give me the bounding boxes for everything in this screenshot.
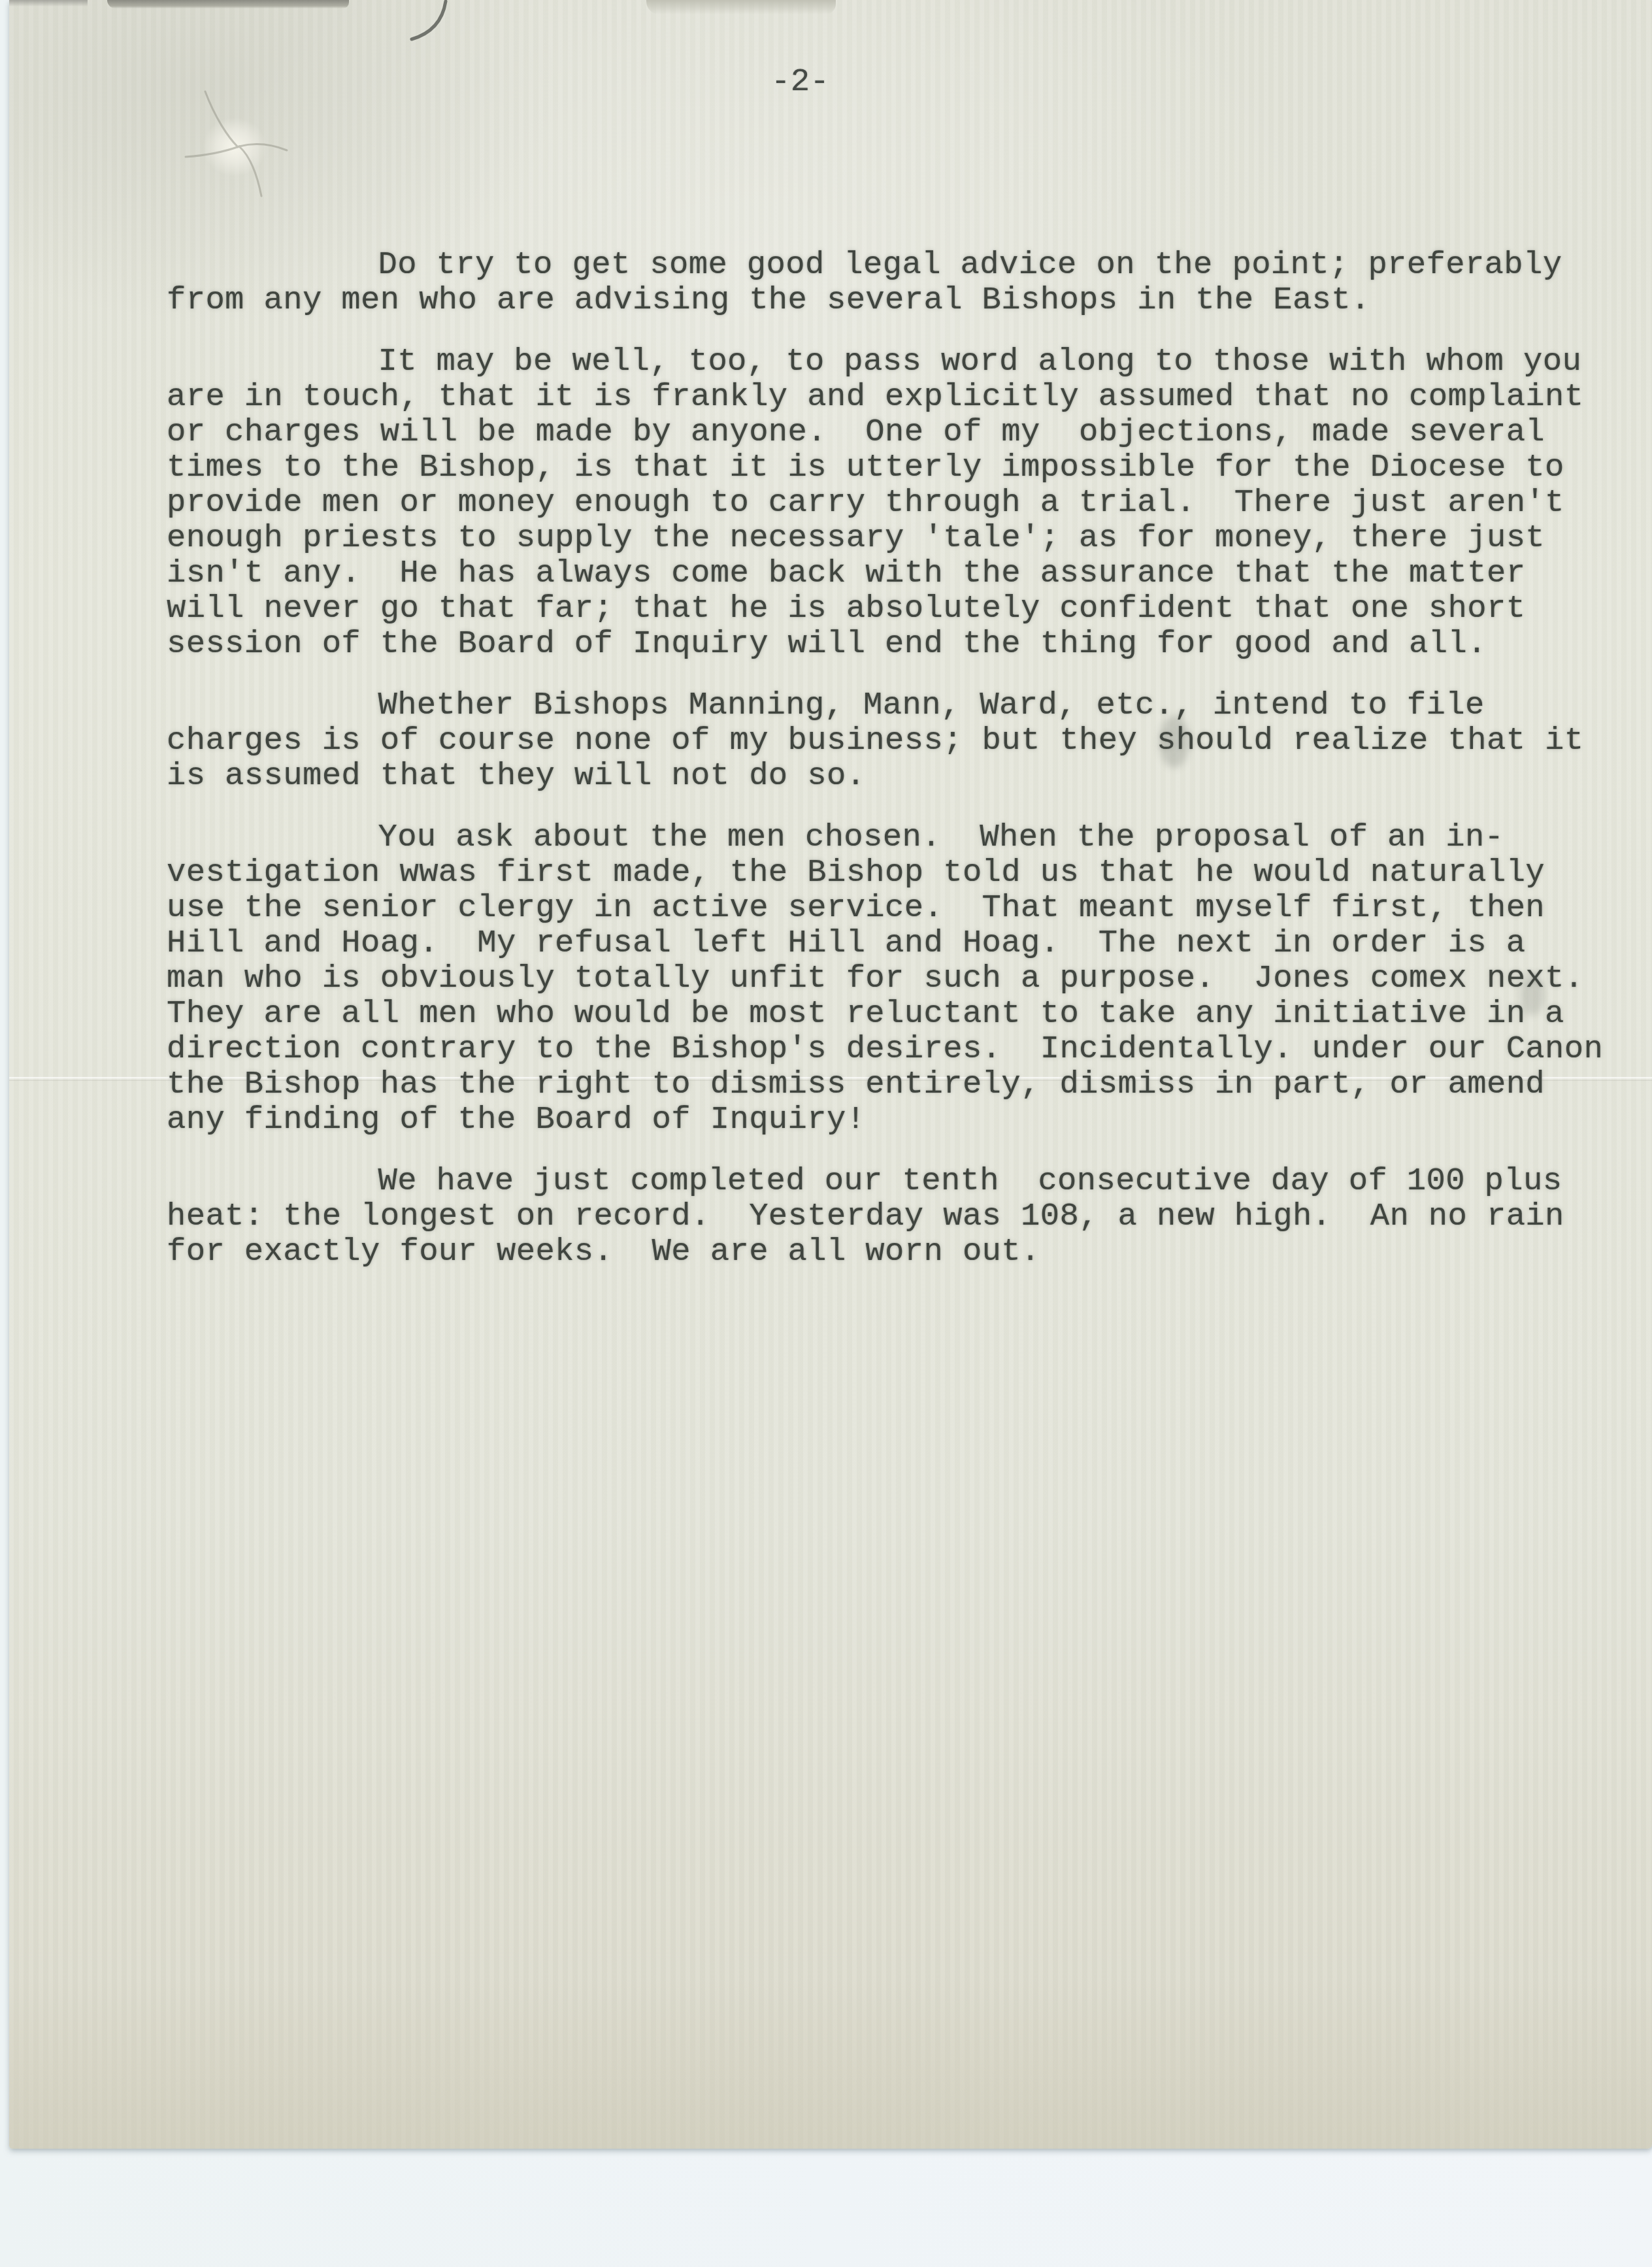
paper-dent-creases	[166, 78, 310, 222]
page-number: -2-	[771, 64, 829, 99]
paper-bottom-discoloration	[9, 1979, 1652, 2149]
letter-body: Do try to get some good legal advice on …	[167, 247, 1630, 1295]
letter-page: -2- Do try to get some good legal advice…	[9, 0, 1652, 2149]
torn-top-edge	[107, 0, 349, 8]
top-edge-wrinkle	[646, 0, 836, 14]
paragraph-5: We have just completed our tenth consecu…	[167, 1163, 1630, 1269]
scanned-letter-screenshot: { "colors": { "paper": "#e4e5da", "scann…	[0, 0, 1652, 2267]
top-left-edge-shade	[9, 0, 88, 7]
pen-stroke-mark	[400, 0, 459, 52]
paragraph-1: Do try to get some good legal advice on …	[167, 247, 1630, 318]
paragraph-3: Whether Bishops Manning, Mann, Ward, etc…	[167, 687, 1630, 793]
paragraph-4: You ask about the men chosen. When the p…	[167, 819, 1630, 1137]
paragraph-2: It may be well, too, to pass word along …	[167, 344, 1630, 661]
